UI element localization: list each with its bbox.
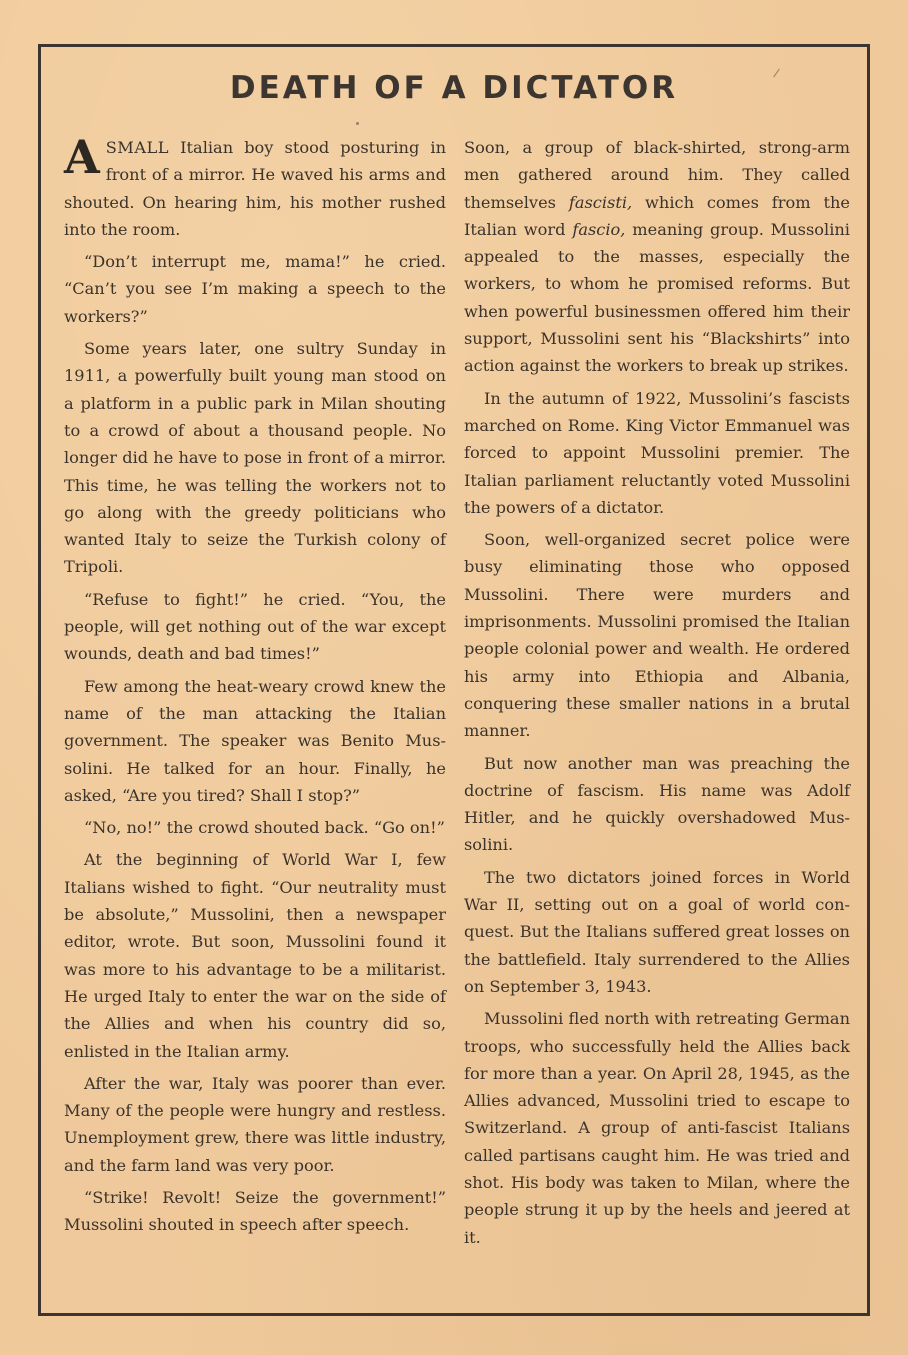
article-paragraph: At the beginning of World War I, few Ita… [64, 846, 446, 1064]
article-paragraph: After the war, Italy was poorer than eve… [64, 1070, 446, 1179]
article-paragraph: Mussolini fled north with retreating Ger… [464, 1005, 850, 1251]
paragraph-text: meaning group. Musso­lini appealed to th… [464, 220, 850, 375]
drop-cap: A [64, 138, 100, 176]
article-title: DEATH OF A DICTATOR [0, 70, 908, 106]
article-paragraph: Some years later, one sultry Sunday in 1… [64, 335, 446, 581]
article-paragraph: In the autumn of 1922, Mussolini’s fasci… [464, 385, 850, 521]
article-left-column: ASMALL Italian boy stood posturing in fr… [64, 134, 446, 1244]
article-paragraph: “No, no!” the crowd shouted back. “Go on… [64, 814, 446, 841]
article-paragraph: ASMALL Italian boy stood posturing in fr… [64, 134, 446, 243]
paper-speck [356, 122, 359, 125]
article-paragraph: Soon, well-organized secret police were … [464, 526, 850, 744]
italic-term-fascisti: fascisti, [569, 193, 632, 212]
article-paragraph: The two dictators joined forces in World… [464, 864, 850, 1000]
lead-word: SMALL [106, 138, 169, 157]
article-paragraph: “Strike! Revolt! Seize the government!” … [64, 1184, 446, 1239]
italic-term-fascio: fascio, [572, 220, 625, 239]
article-paragraph: “Refuse to fight!” he cried. “You, the p… [64, 586, 446, 668]
article-paragraph: But now another man was preaching the do… [464, 750, 850, 859]
article-paragraph: Soon, a group of black-shirted, strong-a… [464, 134, 850, 380]
article-paragraph: “Don’t interrupt me, mama!” he cried. “C… [64, 248, 446, 330]
article-right-column: Soon, a group of black-shirted, strong-a… [464, 134, 850, 1256]
article-paragraph: Few among the heat-weary crowd knew the … [64, 673, 446, 809]
